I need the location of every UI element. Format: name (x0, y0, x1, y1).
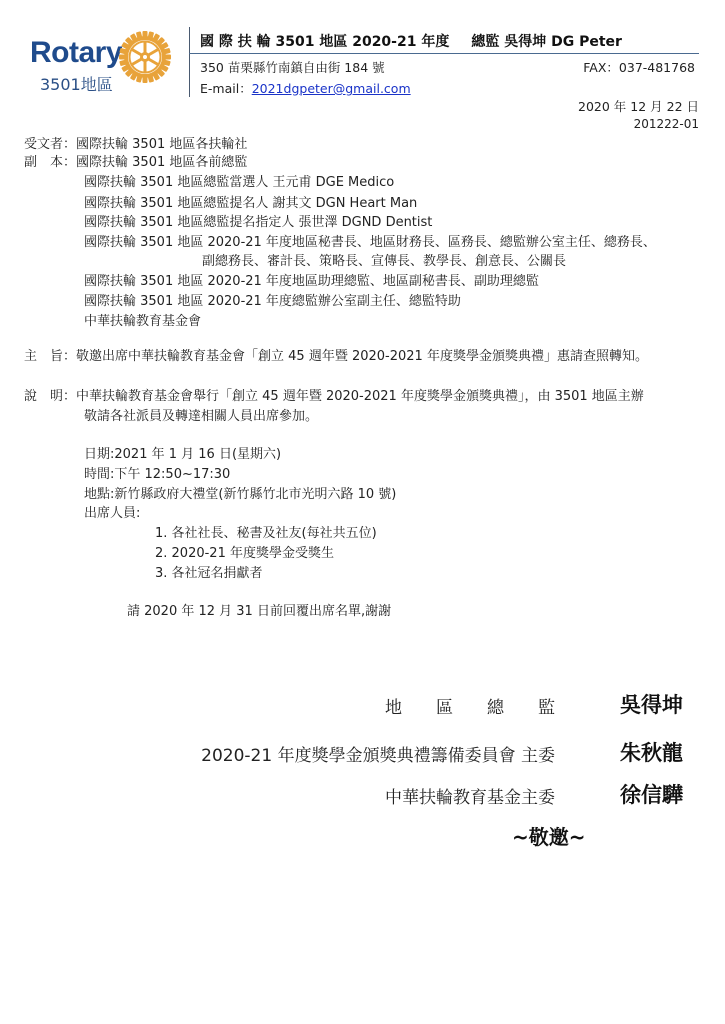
recipient-label: 受文者： (24, 137, 76, 152)
rotary-logo-text: Rotary (30, 36, 122, 70)
attendee-item: 3. 各社冠名捐獻者 (155, 567, 263, 580)
cc-item: 國際扶輪 3501 地區總監提名指定人 張世澤 DGND Dentist (84, 216, 432, 229)
description-label: 說 明： (24, 389, 76, 404)
attendee-item: 2. 2020-21 年度獎學金受獎生 (155, 547, 334, 560)
email-label: E-mail： (200, 81, 252, 96)
district-label: 3501地區 (40, 72, 113, 95)
cc-item-continued: 副總務長、審計長、策略長、宣傳長、教學長、創意長、公關長 (202, 255, 566, 268)
header-horizontal-divider (189, 53, 699, 54)
description-text: 中華扶輪教育基金會舉行「創立 45 週年暨 2020-2021 年度獎學金頒獎典… (76, 389, 644, 404)
fax-number: FAX：037-481768 (583, 58, 695, 76)
closing-invitation: ~敬邀~ (512, 821, 586, 850)
cc-item: 國際扶輪 3501 地區總監提名人 謝其文 DGN Heart Man (84, 197, 417, 210)
signature-name-foundation-chair: 徐信驊 (620, 779, 683, 809)
rotary-wheel-icon (118, 30, 172, 84)
signature-title-committee-chair: 2020-21 年度獎學金頒獎典禮籌備委員會 主委 (201, 741, 555, 766)
cc-item: 國際扶輪 3501 地區總監當選人 王元甫 DGE Medico (84, 176, 394, 189)
attendee-item: 1. 各社社長、秘書及社友(每社共五位) (155, 527, 377, 540)
governor-title: 總監 吳得坤 DG Peter (471, 34, 622, 50)
cc-item: 國際扶輪 3501 地區 2020-21 年度地區秘書長、地區財務長、區務長、總… (84, 236, 656, 249)
event-time: 時間:下午 12:50~17:30 (84, 468, 230, 481)
document-number: 201222-01 (634, 117, 699, 131)
email-link[interactable]: 2021dgpeter@gmail.com (252, 81, 411, 96)
attendees-label: 出席人員: (84, 507, 140, 520)
cc-item: 國際扶輪 3501 地區 2020-21 年度總監辦公室副主任、總監特助 (84, 295, 461, 308)
rsvp-note: 請 2020 年 12 月 31 日前回覆出席名單,謝謝 (127, 605, 391, 618)
signature-name-governor: 吳得坤 (620, 689, 683, 719)
district-year-title: 國 際 扶 輪 3501 地區 2020-21 年度 (200, 34, 449, 50)
email-line: E-mail：2021dgpeter@gmail.com (200, 79, 411, 97)
letterhead-title: 國 際 扶 輪 3501 地區 2020-21 年度總監 吳得坤 DG Pete… (200, 31, 622, 51)
subject-text: 敬邀出席中華扶輪教育基金會「創立 45 週年暨 2020-2021 年度獎學金頒… (76, 349, 648, 364)
signature-title-foundation-chair: 中華扶輪教育基金主委 (385, 783, 555, 808)
event-date: 日期:2021 年 1 月 16 日(星期六) (84, 448, 281, 461)
subject-line: 主 旨：敬邀出席中華扶輪教育基金會「創立 45 週年暨 2020-2021 年度… (24, 350, 648, 363)
recipient-value: 國際扶輪 3501 地區各扶輪社 (76, 137, 247, 152)
signature-title-governor: 地 區 總 監 (385, 693, 555, 718)
cc-item: 國際扶輪 3501 地區各前總監 (76, 155, 247, 170)
address: 350 苗栗縣竹南鎮自由街 184 號 (200, 58, 385, 76)
cc-item: 中華扶輪教育基金會 (84, 315, 201, 328)
event-venue: 地點:新竹縣政府大禮堂(新竹縣竹北市光明六路 10 號) (84, 488, 396, 501)
cc-line: 副 本：國際扶輪 3501 地區各前總監 (24, 156, 247, 169)
subject-label: 主 旨： (24, 349, 76, 364)
signature-name-committee-chair: 朱秋龍 (620, 737, 683, 767)
header-vertical-divider (189, 27, 190, 97)
cc-label: 副 本： (24, 155, 76, 170)
description-line: 說 明：中華扶輪教育基金會舉行「創立 45 週年暨 2020-2021 年度獎學… (24, 390, 644, 403)
cc-item: 國際扶輪 3501 地區 2020-21 年度地區助理總監、地區副秘書長、副助理… (84, 275, 539, 288)
description-text-continued: 敬請各社派員及轉達相關人員出席參加。 (84, 410, 318, 423)
recipient-line: 受文者：國際扶輪 3501 地區各扶輪社 (24, 138, 247, 151)
document-date: 2020 年 12 月 22 日 (578, 97, 699, 115)
